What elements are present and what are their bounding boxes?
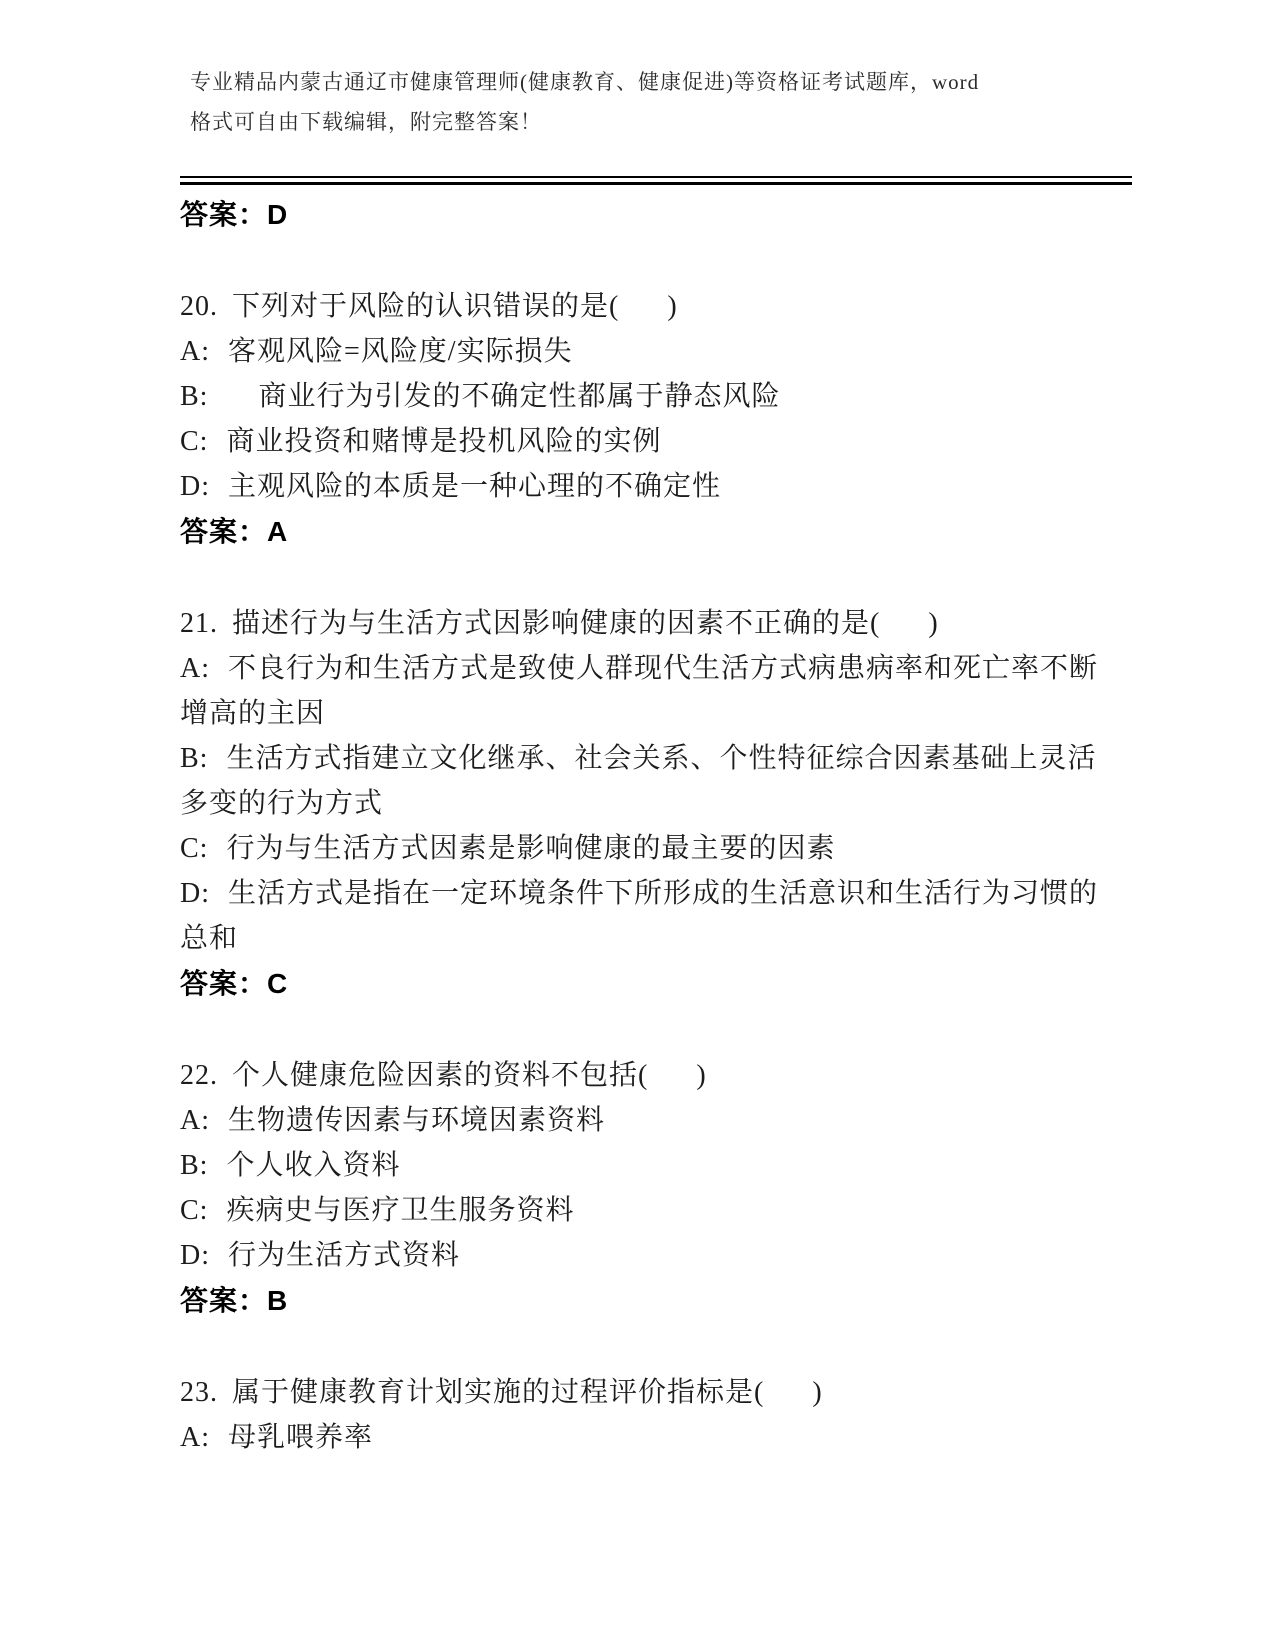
document-page: 专业精品内蒙古通辽市健康管理师(健康教育、健康促进)等资格证考试题库，word … xyxy=(0,0,1275,1650)
option-line-c: C:商业投资和赌博是投机风险的实例 xyxy=(180,419,1107,464)
question-number: 22. xyxy=(180,1060,218,1091)
option-text: 生物遗传因素与环境因素资料 xyxy=(228,1105,605,1136)
option-text: 生活方式是指在一定环境条件下所形成的生活意识和生活行为习惯的总和 xyxy=(180,878,1098,954)
question-number: 20. xyxy=(180,291,218,322)
option-line-b: B: 商业行为引发的不确定性都属于静态风险 xyxy=(180,374,1107,419)
option-label: B: xyxy=(180,381,208,412)
option-label: A: xyxy=(180,336,210,367)
answer-label: 答案： xyxy=(180,968,267,999)
option-line-d: D:主观风险的本质是一种心理的不确定性 xyxy=(180,464,1107,509)
header-separator-line xyxy=(180,176,1132,185)
answer-line-q19: 答案：D xyxy=(180,192,1107,237)
option-label: B: xyxy=(180,1150,208,1181)
answer-value: A xyxy=(267,516,288,547)
answer-line: 答案：C xyxy=(180,961,1107,1006)
option-text: 行为与生活方式因素是影响健康的最主要的因素 xyxy=(226,833,835,864)
option-line-c: C:行为与生活方式因素是影响健康的最主要的因素 xyxy=(180,826,1107,871)
answer-label: 答案： xyxy=(180,516,267,547)
option-line-b: B:生活方式指建立文化继承、社会关系、个性特征综合因素基础上灵活多变的行为方式 xyxy=(180,736,1107,826)
question-title: 21.描述行为与生活方式因影响健康的因素不正确的是( ) xyxy=(180,601,1107,646)
answer-label: 答案： xyxy=(180,199,267,230)
option-label: D: xyxy=(180,471,210,502)
answer-value: C xyxy=(267,968,288,999)
option-text: 主观风险的本质是一种心理的不确定性 xyxy=(228,471,721,502)
question-number: 21. xyxy=(180,608,218,639)
option-text: 行为生活方式资料 xyxy=(228,1240,460,1271)
option-label: D: xyxy=(180,1240,210,1271)
option-label: B: xyxy=(180,743,208,774)
answer-value: B xyxy=(267,1285,288,1316)
option-line-a: A:生物遗传因素与环境因素资料 xyxy=(180,1098,1107,1143)
question-block-22: 22.个人健康危险因素的资料不包括( ) A:生物遗传因素与环境因素资料 B:个… xyxy=(180,1053,1107,1323)
option-line-a: A:母乳喂养率 xyxy=(180,1415,1107,1460)
question-number: 23. xyxy=(180,1377,218,1408)
question-title: 22.个人健康危险因素的资料不包括( ) xyxy=(180,1053,1107,1098)
question-title: 23.属于健康教育计划实施的过程评价指标是( ) xyxy=(180,1370,1107,1415)
question-block-21: 21.描述行为与生活方式因影响健康的因素不正确的是( ) A:不良行为和生活方式… xyxy=(180,601,1107,1006)
option-text: 不良行为和生活方式是致使人群现代生活方式病患病率和死亡率不断增高的主因 xyxy=(180,653,1098,729)
option-text: 生活方式指建立文化继承、社会关系、个性特征综合因素基础上灵活多变的行为方式 xyxy=(180,743,1096,819)
option-label: A: xyxy=(180,653,210,684)
answer-value: D xyxy=(267,199,288,230)
header-line-2: 格式可自由下载编辑，附完整答案！ xyxy=(190,102,1107,142)
question-block-23: 23.属于健康教育计划实施的过程评价指标是( ) A:母乳喂养率 xyxy=(180,1370,1107,1460)
option-label: C: xyxy=(180,426,208,457)
option-line-c: C:疾病史与医疗卫生服务资料 xyxy=(180,1188,1107,1233)
answer-line: 答案：A xyxy=(180,509,1107,554)
header-line-1: 专业精品内蒙古通辽市健康管理师(健康教育、健康促进)等资格证考试题库，word xyxy=(190,62,1107,102)
question-title: 20.下列对于风险的认识错误的是( ) xyxy=(180,284,1107,329)
option-label: C: xyxy=(180,833,208,864)
answer-label: 答案： xyxy=(180,1285,267,1316)
question-text: 描述行为与生活方式因影响健康的因素不正确的是( ) xyxy=(232,608,939,639)
option-line-a: A:不良行为和生活方式是致使人群现代生活方式病患病率和死亡率不断增高的主因 xyxy=(180,646,1107,736)
option-text: 客观风险=风险度/实际损失 xyxy=(228,336,573,367)
option-text: 商业投资和赌博是投机风险的实例 xyxy=(226,426,661,457)
option-label: A: xyxy=(180,1422,210,1453)
option-text: 商业行为引发的不确定性都属于静态风险 xyxy=(226,381,780,412)
question-text: 个人健康危险因素的资料不包括( ) xyxy=(232,1060,707,1091)
question-text: 下列对于风险的认识错误的是( ) xyxy=(232,291,678,322)
option-text: 个人收入资料 xyxy=(226,1150,400,1181)
option-label: C: xyxy=(180,1195,208,1226)
question-block-20: 20.下列对于风险的认识错误的是( ) A:客观风险=风险度/实际损失 B: 商… xyxy=(180,284,1107,554)
answer-line: 答案：B xyxy=(180,1278,1107,1323)
page-header: 专业精品内蒙古通辽市健康管理师(健康教育、健康促进)等资格证考试题库，word … xyxy=(180,62,1107,142)
option-line-a: A:客观风险=风险度/实际损失 xyxy=(180,329,1107,374)
option-label: D: xyxy=(180,878,210,909)
option-text: 疾病史与医疗卫生服务资料 xyxy=(226,1195,574,1226)
question-text: 属于健康教育计划实施的过程评价指标是( ) xyxy=(232,1377,823,1408)
option-text: 母乳喂养率 xyxy=(228,1422,373,1453)
option-label: A: xyxy=(180,1105,210,1136)
option-line-d: D:行为生活方式资料 xyxy=(180,1233,1107,1278)
option-line-d: D:生活方式是指在一定环境条件下所形成的生活意识和生活行为习惯的总和 xyxy=(180,871,1107,961)
option-line-b: B:个人收入资料 xyxy=(180,1143,1107,1188)
